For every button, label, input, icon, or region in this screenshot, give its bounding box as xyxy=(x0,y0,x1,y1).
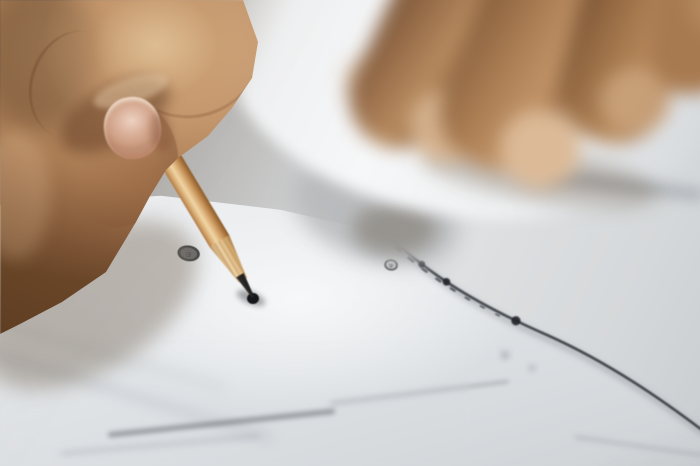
stray-mark xyxy=(528,364,536,372)
edge-bold-dot xyxy=(511,316,520,325)
thumb-web-shadow xyxy=(48,61,181,169)
photo-exam-answer-sheet: 75ABCDE74ABCDE73ABCDE72ABCDE71ABCDE70ABC… xyxy=(0,0,700,466)
right-middle-fingertip xyxy=(500,110,580,188)
hand-shading xyxy=(0,0,100,130)
thumb-highlight xyxy=(90,67,172,116)
skin-crease xyxy=(15,19,135,151)
stray-mark xyxy=(500,350,510,360)
wrist-highlight xyxy=(0,130,50,260)
sheet-edge-shadow xyxy=(384,235,700,435)
edge-bold-dot xyxy=(443,278,451,286)
under-page-line xyxy=(575,437,700,455)
thumb-nail xyxy=(100,93,165,162)
right-hand xyxy=(340,0,700,240)
thumb-nail-edge-shadow xyxy=(147,110,176,153)
